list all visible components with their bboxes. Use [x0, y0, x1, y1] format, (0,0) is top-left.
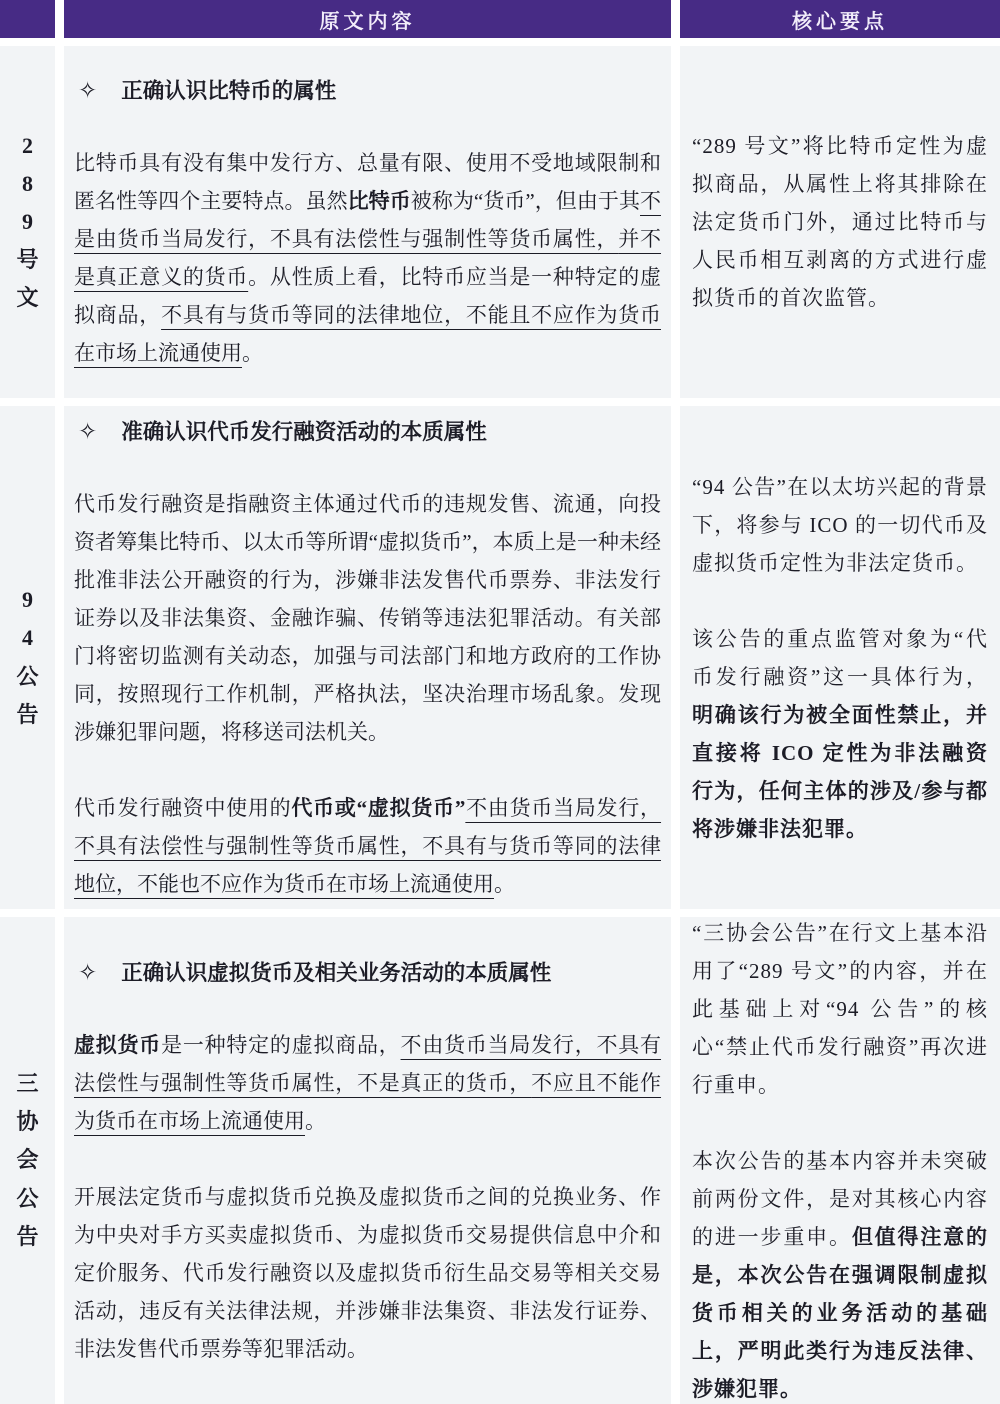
row-289-key-paragraph: “289 号文”将比特币定性为虚拟商品，从属性上将其排除在法定货币门外，通过比特… [692, 127, 988, 317]
diamond-bullet-icon: ✧ [78, 954, 97, 992]
row-sanxiehui-key-cell: “三协会公告”在行文上基本沿用了“289 号文”的内容，并在此基础上对“94 公… [680, 917, 1000, 1404]
header-cell-label-column [0, 0, 55, 38]
row-289-label-cell: 289号文 [0, 46, 55, 398]
row-sanxiehui-original-paragraph-1: 虚拟货币是一种特定的虚拟商品，不由货币当局发行，不具有法偿性与强制性等货币属性，… [74, 1026, 661, 1140]
row-94-section-heading: ✧ 准确认识代币发行融资活动的本质属性 [74, 413, 661, 451]
row-sanxiehui-section-heading: ✧ 正确认识虚拟货币及相关业务活动的本质属性 [74, 954, 661, 992]
row-sanxiehui-original-paragraph-2: 开展法定货币与虚拟货币兑换及虚拟货币之间的兑换业务、作为中央对手方买卖虚拟货币、… [74, 1178, 661, 1368]
regulation-comparison-table: 原文内容 核心要点 289号文 ✧ 正确认识比特币的属性 比特币具有没有集中发行… [0, 0, 1000, 1404]
row-sanxiehui-key-paragraph-2: 本次公告的基本内容并未突破前两份文件，是对其核心内容的进一步重申。但值得注意的是… [692, 1142, 988, 1404]
row-94-key-paragraph-1: “94 公告”在以太坊兴起的背景下，将参与 ICO 的一切代币及虚拟货币定性为非… [692, 468, 988, 582]
header-original-label: 原文内容 [320, 5, 416, 34]
row-94-original-cell: ✧ 准确认识代币发行融资活动的本质属性 代币发行融资是指融资主体通过代币的违规发… [64, 406, 671, 909]
row-289-original-paragraph: 比特币具有没有集中发行方、总量有限、使用不受地域限制和匿名性等四个主要特点。虽然… [74, 144, 661, 372]
row-289-section-heading: ✧ 正确认识比特币的属性 [74, 72, 661, 110]
row-sanxiehui-original-cell: ✧ 正确认识虚拟货币及相关业务活动的本质属性 虚拟货币是一种特定的虚拟商品，不由… [64, 917, 671, 1404]
row-289-heading-text: 正确认识比特币的属性 [121, 72, 336, 110]
row-sanxiehui-vertical-label: 三协会公告 [16, 1072, 38, 1249]
row-sanxiehui-label-cell: 三协会公告 [0, 917, 55, 1404]
row-94-key-cell: “94 公告”在以太坊兴起的背景下，将参与 ICO 的一切代币及虚拟货币定性为非… [680, 406, 1000, 909]
row-94-original-paragraph-1: 代币发行融资是指融资主体通过代币的违规发售、流通，向投资者筹集比特币、以太币等所… [74, 485, 661, 751]
row-94-original-paragraph-2: 代币发行融资中使用的代币或“虚拟货币”不由货币当局发行，不具有法偿性与强制性等货… [74, 789, 661, 903]
row-sanxiehui-key-paragraph-1: “三协会公告”在行文上基本沿用了“289 号文”的内容，并在此基础上对“94 公… [692, 917, 988, 1104]
row-289-original-cell: ✧ 正确认识比特币的属性 比特币具有没有集中发行方、总量有限、使用不受地域限制和… [64, 46, 671, 398]
header-key-label: 核心要点 [792, 5, 888, 34]
row-sanxiehui-heading-text: 正确认识虚拟货币及相关业务活动的本质属性 [121, 954, 551, 992]
header-cell-key-points: 核心要点 [680, 0, 1000, 38]
diamond-bullet-icon: ✧ [78, 72, 97, 110]
row-94-heading-text: 准确认识代币发行融资活动的本质属性 [121, 413, 487, 451]
row-94-key-paragraph-2: 该公告的重点监管对象为“代币发行融资”这一具体行为，明确该行为被全面性禁止，并直… [692, 620, 988, 848]
row-94-label-cell: 94公告 [0, 406, 55, 909]
row-289-vertical-label: 289号文 [16, 134, 38, 311]
row-94-vertical-label: 94公告 [16, 588, 38, 727]
row-289-key-cell: “289 号文”将比特币定性为虚拟商品，从属性上将其排除在法定货币门外，通过比特… [680, 46, 1000, 398]
header-cell-original-content: 原文内容 [64, 0, 671, 38]
diamond-bullet-icon: ✧ [78, 413, 97, 451]
